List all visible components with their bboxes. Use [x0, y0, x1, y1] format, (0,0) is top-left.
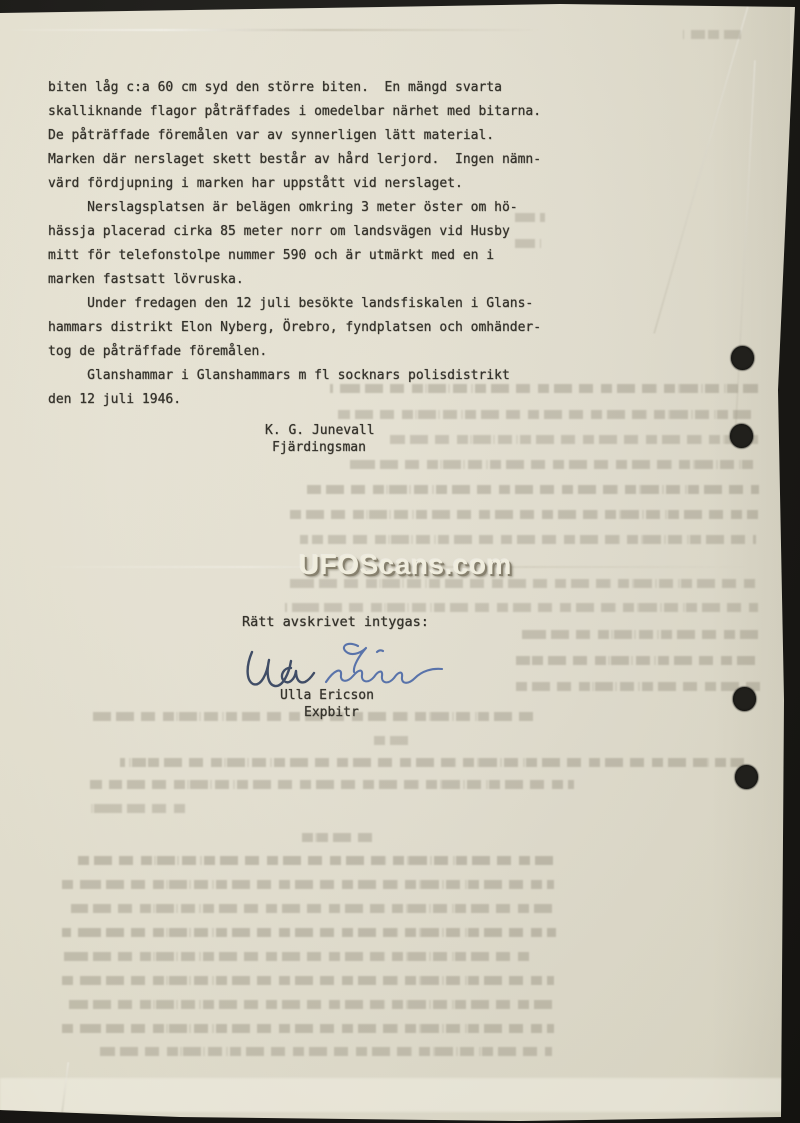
bleedthrough-line: [100, 1047, 552, 1056]
punch-hole: [731, 346, 754, 370]
typed-body-text: biten låg c:a 60 cm syd den större biten…: [48, 76, 541, 412]
bleedthrough-line: [64, 904, 552, 913]
bleedthrough-line: [350, 460, 758, 469]
bleedthrough-line: [62, 976, 554, 985]
bleedthrough-line: [120, 758, 744, 767]
bleedthrough-line: [307, 485, 759, 494]
bleedthrough-line: [90, 804, 186, 813]
paper-edge-shading: [710, 0, 790, 1123]
punch-hole: [730, 424, 753, 448]
bleedthrough-line: [290, 510, 758, 519]
bleedthrough-line: [62, 1024, 554, 1033]
certifier-name: Ulla Ericson: [280, 688, 374, 704]
punch-hole: [735, 765, 758, 789]
crease-top: [0, 29, 540, 31]
signoff-name: K. G. Junevall: [265, 423, 375, 439]
bleedthrough-line: [373, 736, 413, 745]
bleedthrough-line: [90, 780, 574, 789]
watermark-text: UFOScans.com: [299, 549, 512, 581]
bleedthrough-line: [514, 682, 764, 691]
bleedthrough-line: [297, 833, 375, 842]
bleedthrough-line: [62, 880, 554, 889]
bleedthrough-line: [520, 630, 763, 639]
signoff-title: Fjärdingsman: [272, 440, 366, 456]
underlying-page-edge: [0, 1078, 782, 1112]
punch-hole: [733, 687, 756, 711]
bleedthrough-line: [285, 603, 758, 612]
bleedthrough-line: [300, 535, 756, 544]
bleedthrough-line: [516, 656, 762, 665]
paper-sheet: biten låg c:a 60 cm syd den större biten…: [0, 0, 800, 1123]
bleedthrough-line: [62, 928, 556, 937]
bleedthrough-line: [64, 952, 534, 961]
bleedthrough-line: [64, 1000, 554, 1009]
certification-label: Rätt avskrivet intygas:: [242, 614, 429, 630]
bleedthrough-line: [683, 30, 741, 39]
scanned-document-page: biten låg c:a 60 cm syd den större biten…: [0, 0, 800, 1123]
certifier-title: Expbitr: [304, 705, 359, 721]
bleedthrough-line: [390, 435, 758, 444]
bleedthrough-line: [75, 856, 555, 865]
